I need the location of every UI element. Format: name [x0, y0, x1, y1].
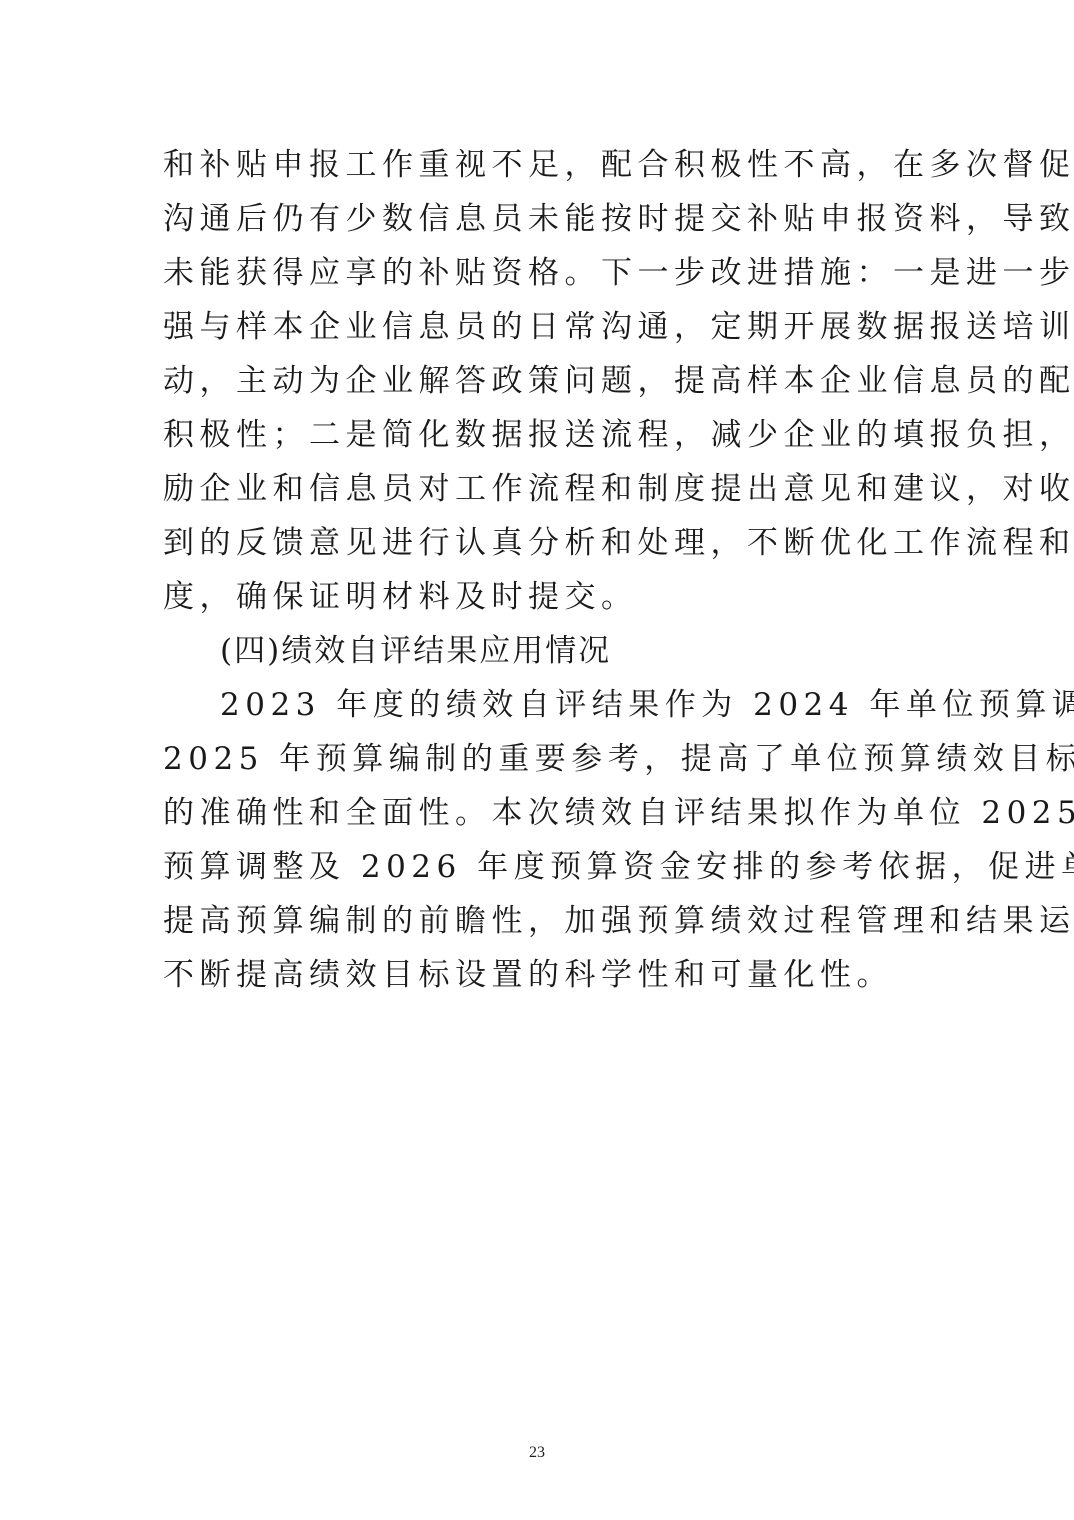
document-page: 和补贴申报工作重视不足，配合积极性不高，在多次督促和 沟通后仍有少数信息员未能按… — [0, 0, 1074, 1520]
text-line: 动，主动为企业解答政策问题，提高样本企业信息员的配合 — [163, 361, 923, 401]
section-heading: (四)绩效自评结果应用情况 — [220, 631, 980, 671]
text-line: 预算调整及 2026 年度预算资金安排的参考依据，促进单位 — [163, 847, 923, 887]
text-line: 2025 年预算编制的重要参考，提高了单位预算绩效目标设置 — [163, 739, 923, 779]
text-line: 沟通后仍有少数信息员未能按时提交补贴申报资料，导致其 — [163, 199, 923, 239]
text-line: 到的反馈意见进行认真分析和处理，不断优化工作流程和制 — [163, 523, 923, 563]
text-line: 强与样本企业信息员的日常沟通，定期开展数据报送培训活 — [163, 307, 923, 347]
text-line: 的准确性和全面性。本次绩效自评结果拟作为单位 2025 年 — [163, 793, 923, 833]
text-line: 未能获得应享的补贴资格。下一步改进措施：一是进一步加 — [163, 253, 923, 293]
text-line: 励企业和信息员对工作流程和制度提出意见和建议，对收集 — [163, 469, 923, 509]
text-line: 和补贴申报工作重视不足，配合积极性不高，在多次督促和 — [163, 145, 923, 185]
text-line: 2023 年度的绩效自评结果作为 2024 年单位预算调整及 — [220, 685, 980, 725]
text-line: 提高预算编制的前瞻性，加强预算绩效过程管理和结果运用， — [163, 901, 923, 941]
text-line: 不断提高绩效目标设置的科学性和可量化性。 — [163, 955, 923, 995]
page-number: 23 — [0, 1444, 1074, 1462]
text-line: 积极性；二是简化数据报送流程，减少企业的填报负担，鼓 — [163, 415, 923, 455]
text-line: 度，确保证明材料及时提交。 — [163, 577, 923, 617]
